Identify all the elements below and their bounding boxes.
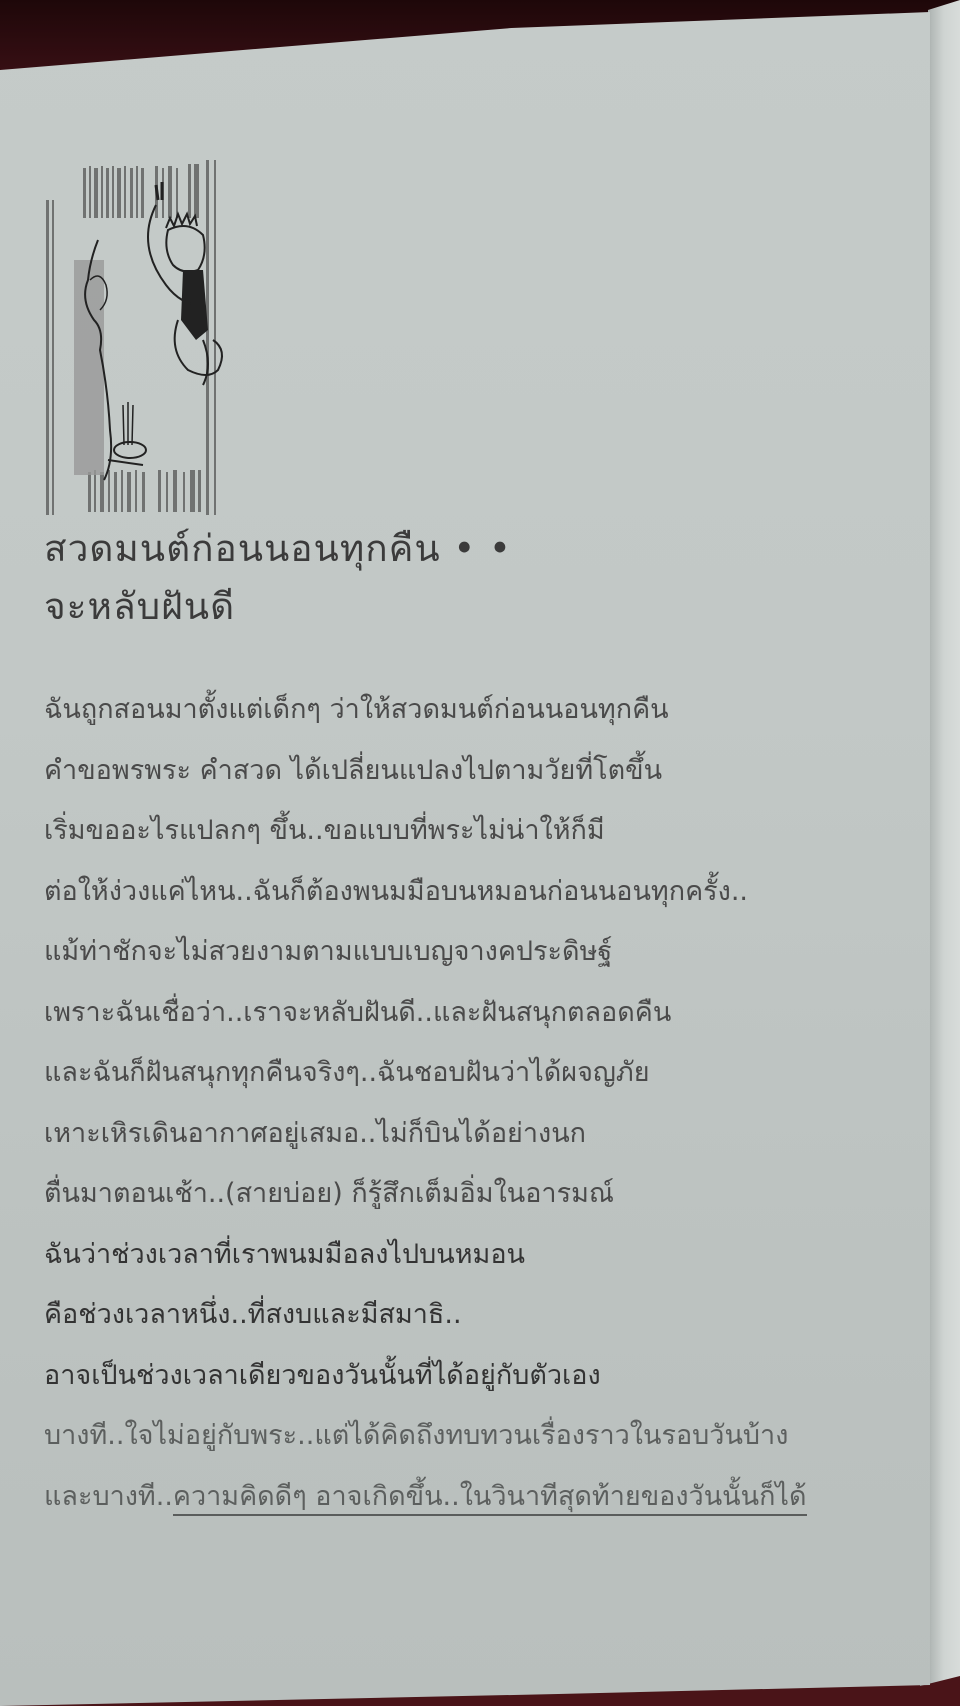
heading-line-2: จะหลับฝันดี bbox=[44, 578, 512, 636]
chapter-heading: สวดมนต์ก่อนนอนทุกคืน • • จะหลับฝันดี bbox=[44, 520, 512, 636]
body-line: เริ่มขออะไรแปลกๆ ขึ้น..ขอแบบที่พระไม่น่า… bbox=[44, 801, 807, 862]
body-paragraph: ฉันถูกสอนมาตั้งแต่เด็กๆ ว่าให้สวดมนต์ก่อ… bbox=[44, 680, 807, 1527]
body-line-last: และบางที..ความคิดดีๆ อาจเกิดขึ้น..ในวินา… bbox=[44, 1467, 807, 1528]
body-line: ต่อให้ง่วงแค่ไหน..ฉันก็ต้องพนมมือบนหมอนก… bbox=[44, 862, 807, 923]
body-line: อาจเป็นช่วงเวลาเดียวของวันนั้นที่ได้อยู่… bbox=[44, 1346, 807, 1407]
praying-child-illustration bbox=[38, 160, 338, 515]
body-line: เพราะฉันเชื่อว่า..เราจะหลับฝันดี..และฝัน… bbox=[44, 983, 807, 1044]
last-line-prefix: และบางที.. bbox=[44, 1481, 173, 1512]
body-line: และฉันก็ฝันสนุกทุกคืนจริงๆ..ฉันชอบฝันว่า… bbox=[44, 1043, 807, 1104]
body-line: คำขอพรพระ คำสวด ได้เปลี่ยนแปลงไปตามวัยที… bbox=[44, 741, 807, 802]
body-line: ฉันถูกสอนมาตั้งแต่เด็กๆ ว่าให้สวดมนต์ก่อ… bbox=[44, 680, 807, 741]
body-line: ตื่นมาตอนเช้า..(สายบ่อย) ก็รู้สึกเต็มอิ่… bbox=[44, 1164, 807, 1225]
body-line: คือช่วงเวลาหนึ่ง..ที่สงบและมีสมาธิ.. bbox=[44, 1285, 807, 1346]
body-line: เหาะเหิรเดินอากาศอยู่เสมอ..ไม่ก็บินได้อย… bbox=[44, 1104, 807, 1165]
book-page: สวดมนต์ก่อนนอนทุกคืน • • จะหลับฝันดี ฉัน… bbox=[0, 0, 930, 1706]
underlined-phrase: ความคิดดีๆ อาจเกิดขึ้น..ในวินาทีสุดท้ายข… bbox=[173, 1481, 807, 1516]
body-line: แม้ท่าชักจะไม่สวยงามตามแบบเบญจางคประดิษฐ… bbox=[44, 922, 807, 983]
heading-line-1: สวดมนต์ก่อนนอนทุกคืน • • bbox=[44, 520, 512, 578]
body-line: บางที..ใจไม่อยู่กับพระ..แต่ได้คิดถึงทบทว… bbox=[44, 1406, 807, 1467]
body-line: ฉันว่าช่วงเวลาที่เราพนมมือลงไปบนหมอน bbox=[44, 1225, 807, 1286]
